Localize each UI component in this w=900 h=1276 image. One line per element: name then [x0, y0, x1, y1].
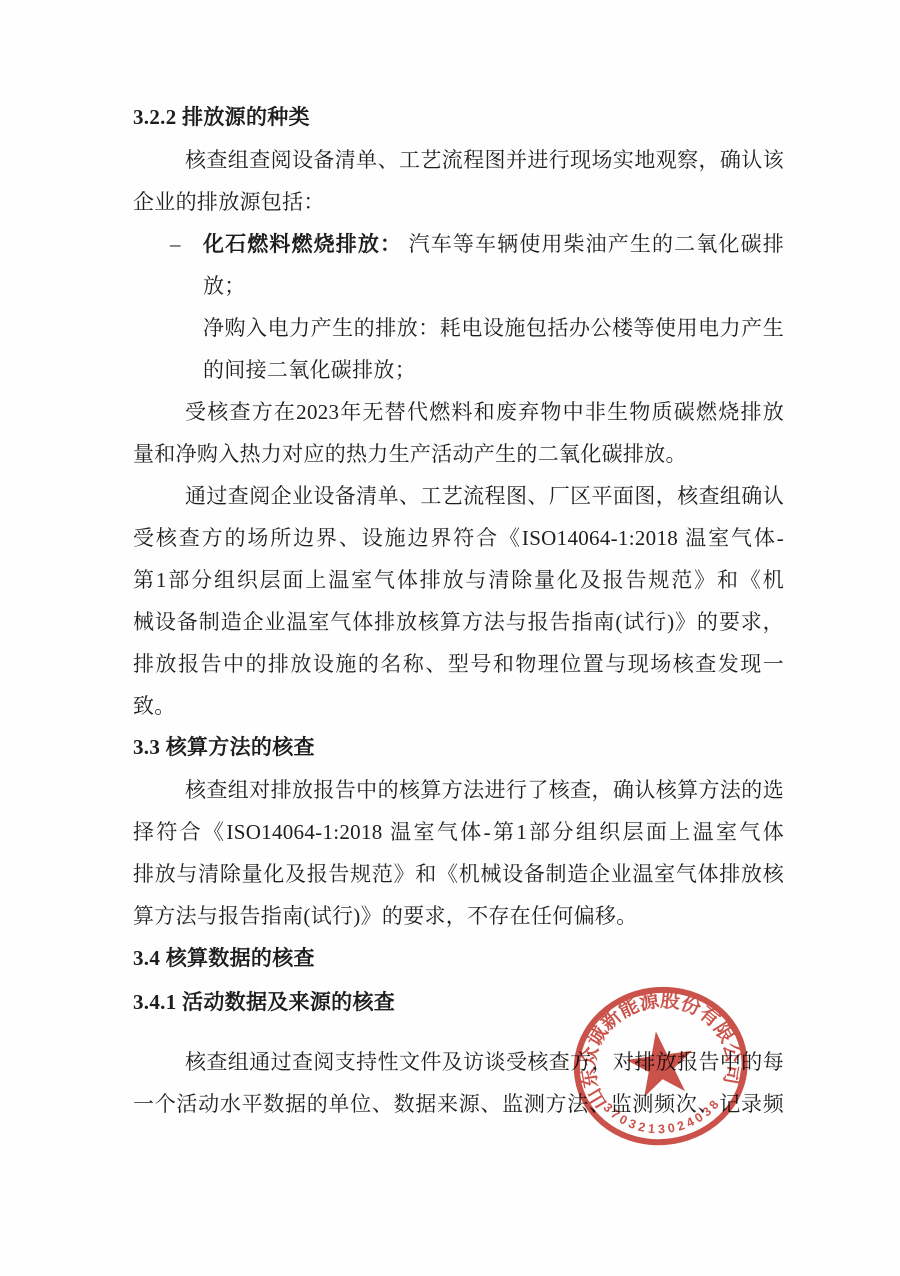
- text-line: 排放报告中的排放设施的名称、型号和物理位置与现场核查发现一: [133, 650, 784, 678]
- text-segment: 排放报告中的排放设施的名称、型号和物理位置与现场核查发现一: [133, 652, 784, 676]
- heading-3-2-2: 3.2.2 排放源的种类: [133, 103, 310, 131]
- text-line: 择符合《ISO14064-1:2018 温室气体-第1部分组织层面上温室气体: [133, 818, 784, 846]
- text-segment: 受核查方在2023年无替代燃料和废弃物中非生物质碳燃烧排放: [185, 400, 784, 424]
- text-segment: 汽车等车辆使用柴油产生的二氧化碳排: [402, 232, 784, 256]
- bold-text-segment: 3.4 核算数据的核查: [133, 946, 315, 970]
- text-segment: 核查组查阅设备清单、工艺流程图并进行现场实地观察，确认该: [185, 148, 784, 172]
- text-segment: 的间接二氧化碳排放；: [203, 358, 416, 382]
- text-line: 核查组查阅设备清单、工艺流程图并进行现场实地观察，确认该: [185, 146, 784, 174]
- text-line: 净购入电力产生的排放：耗电设施包括办公楼等使用电力产生: [203, 314, 784, 342]
- text-line: 的间接二氧化碳排放；: [203, 356, 416, 384]
- text-segment: 受核查方的场所边界、设施边界符合《ISO14064-1:2018 温室气体-: [133, 526, 784, 550]
- text-segment: 核查组对排放报告中的核算方法进行了核查，确认核算方法的选: [185, 778, 784, 802]
- bold-text-segment: 化石燃料燃烧排放：: [203, 232, 402, 256]
- text-segment: 企业的排放源包括：: [133, 190, 325, 214]
- heading-3-4: 3.4 核算数据的核查: [133, 944, 315, 972]
- text-line: 受核查方的场所边界、设施边界符合《ISO14064-1:2018 温室气体-: [133, 524, 784, 552]
- text-line: 放；: [203, 272, 246, 300]
- bullet-dash: –: [170, 230, 181, 258]
- text-line: 算方法与报告指南(试行)》的要求，不存在任何偏移。: [133, 902, 637, 930]
- company-seal: 山东众诚新能源股份有限公司 3703213024038: [552, 970, 770, 1166]
- seal-star-icon: [623, 1027, 698, 1099]
- text-segment: 通过查阅企业设备清单、工艺流程图、厂区平面图，核查组确认: [185, 484, 784, 508]
- text-segment: 放；: [203, 274, 246, 298]
- text-segment: 排放与清除量化及报告规范》和《机械设备制造企业温室气体排放核: [133, 862, 784, 886]
- text-line: 致。: [133, 692, 176, 720]
- text-segment: 械设备制造企业温室气体排放核算方法与报告指南(试行)》的要求，: [133, 610, 784, 634]
- text-segment: 算方法与报告指南(试行)》的要求，不存在任何偏移。: [133, 904, 637, 928]
- text-line: 通过查阅企业设备清单、工艺流程图、厂区平面图，核查组确认: [185, 482, 784, 510]
- text-segment: 第1部分组织层面上温室气体排放与清除量化及报告规范》和《机: [133, 568, 784, 592]
- text-line: 核查组对排放报告中的核算方法进行了核查，确认核算方法的选: [185, 776, 784, 804]
- bullet-line: 化石燃料燃烧排放： 汽车等车辆使用柴油产生的二氧化碳排: [203, 230, 784, 258]
- heading-3-4-1: 3.4.1 活动数据及来源的核查: [133, 988, 395, 1016]
- text-line: 第1部分组织层面上温室气体排放与清除量化及报告规范》和《机: [133, 566, 784, 594]
- text-line: 企业的排放源包括：: [133, 188, 325, 216]
- bold-text-segment: 3.4.1 活动数据及来源的核查: [133, 990, 395, 1014]
- text-segment: 择符合《ISO14064-1:2018 温室气体-第1部分组织层面上温室气体: [133, 820, 784, 844]
- text-segment: 量和净购入热力对应的热力生产活动产生的二氧化碳排放。: [133, 442, 687, 466]
- text-line: 受核查方在2023年无替代燃料和废弃物中非生物质碳燃烧排放: [185, 398, 784, 426]
- text-segment: 致。: [133, 694, 176, 718]
- bold-text-segment: 3.3 核算方法的核查: [133, 735, 315, 759]
- seal-graphic: 山东众诚新能源股份有限公司 3703213024038: [552, 970, 770, 1166]
- heading-3-3: 3.3 核算方法的核查: [133, 733, 315, 761]
- text-line: 排放与清除量化及报告规范》和《机械设备制造企业温室气体排放核: [133, 860, 784, 888]
- text-line: 械设备制造企业温室气体排放核算方法与报告指南(试行)》的要求，: [133, 608, 784, 636]
- text-segment: –: [170, 232, 181, 256]
- text-segment: 净购入电力产生的排放：耗电设施包括办公楼等使用电力产生: [203, 316, 784, 340]
- bold-text-segment: 3.2.2 排放源的种类: [133, 105, 310, 129]
- document-page: 3.2.2 排放源的种类核查组查阅设备清单、工艺流程图并进行现场实地观察，确认该…: [0, 0, 900, 1276]
- text-line: 量和净购入热力对应的热力生产活动产生的二氧化碳排放。: [133, 440, 687, 468]
